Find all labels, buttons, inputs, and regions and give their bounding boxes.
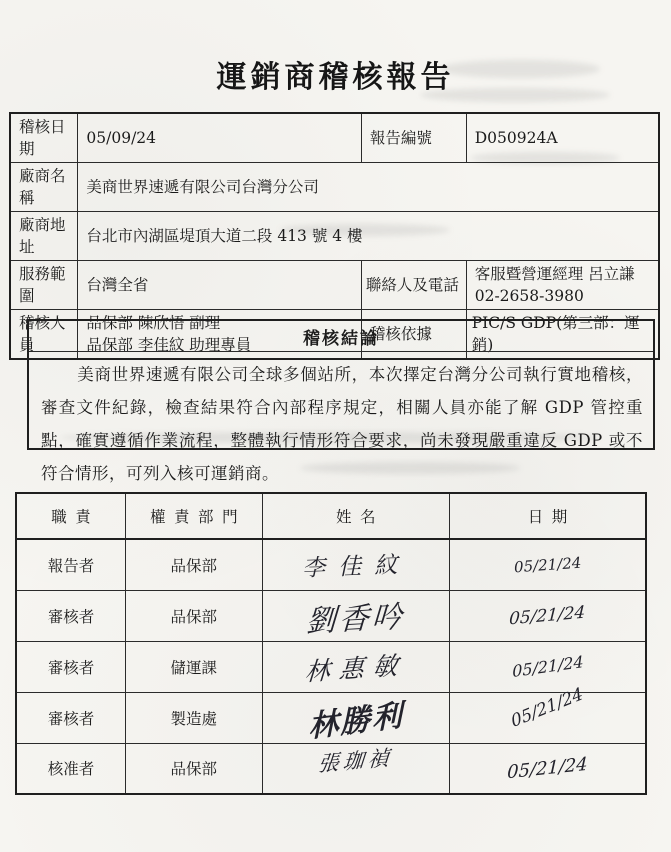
scanned-document-page: 運銷商稽核報告 稽核日期 05/09/24 報告編號 D050924A 廠商名稱… — [0, 0, 671, 852]
signature-header-row: 職責 權責部門 姓名 日期 — [16, 493, 646, 539]
table-row: 審核者 品保部 劉香吟 05/21/24 — [16, 590, 646, 641]
date-cell: 05/21/24 — [450, 590, 646, 641]
handwritten-signature: 張珈禎 — [317, 742, 394, 779]
date-cell: 05/21/24 — [450, 692, 646, 743]
vendor-address-value: 台北市內湖區堤頂大道二段 413 號 4 樓 — [78, 212, 659, 261]
vendor-name-value: 美商世界速遞有限公司台灣分公司 — [78, 163, 659, 212]
table-row: 審核者 儲運課 林惠敏 05/21/24 — [16, 641, 646, 692]
role-cell: 審核者 — [16, 641, 126, 692]
date-cell: 05/21/24 — [450, 641, 646, 692]
contact-label: 聯絡人及電話 — [361, 261, 466, 310]
signature-cell: 林勝利 — [262, 692, 450, 743]
vendor-address-label: 廠商地址 — [10, 212, 78, 261]
handwritten-signature: 林惠敏 — [304, 645, 408, 688]
audit-date-value: 05/09/24 — [78, 113, 362, 163]
department-cell: 品保部 — [126, 743, 262, 794]
audit-date-label: 稽核日期 — [10, 113, 78, 163]
table-row: 審核者 製造處 林勝利 05/21/24 — [16, 692, 646, 743]
department-cell: 儲運課 — [126, 641, 262, 692]
header-date: 日期 — [450, 493, 646, 539]
conclusion-title: 稽核結論 — [29, 321, 653, 352]
signature-cell: 張珈禎 — [262, 743, 450, 794]
table-row: 服務範圍 台灣全省 聯絡人及電話 客服暨營運經理 呂立謙 02-2658-398… — [10, 261, 659, 310]
conclusion-body: 美商世界速遞有限公司全球多個站所，本次擇定台灣分公司執行實地稽核，審查文件紀錄，… — [29, 352, 653, 490]
vendor-name-label: 廠商名稱 — [10, 163, 78, 212]
handwritten-date: 05/21/24 — [513, 553, 581, 576]
table-row: 稽核日期 05/09/24 報告編號 D050924A — [10, 113, 659, 163]
header-role: 職責 — [16, 493, 126, 539]
report-no-value: D050924A — [466, 113, 659, 163]
report-no-label: 報告編號 — [361, 113, 466, 163]
contact-value: 客服暨營運經理 呂立謙 02-2658-3980 — [466, 261, 659, 310]
signature-cell: 林惠敏 — [262, 641, 450, 692]
handwritten-date: 05/21/24 — [507, 753, 588, 783]
department-cell: 製造處 — [126, 692, 262, 743]
date-cell: 05/21/24 — [450, 539, 646, 590]
service-scope-label: 服務範圍 — [10, 261, 78, 310]
conclusion-box: 稽核結論 美商世界速遞有限公司全球多個站所，本次擇定台灣分公司執行實地稽核，審查… — [27, 319, 655, 450]
contact-phone: 02-2658-3980 — [475, 285, 650, 307]
table-row: 核准者 品保部 張珈禎 05/21/24 — [16, 743, 646, 794]
department-cell: 品保部 — [126, 539, 262, 590]
handwritten-date: 05/21/24 — [512, 652, 584, 681]
handwritten-date: 05/21/24 — [509, 602, 586, 629]
role-cell: 核准者 — [16, 743, 126, 794]
handwritten-signature: 林勝利 — [307, 690, 404, 746]
page-title: 運銷商稽核報告 — [0, 52, 671, 96]
department-cell: 品保部 — [126, 590, 262, 641]
table-row: 廠商名稱 美商世界速遞有限公司台灣分公司 — [10, 163, 659, 212]
contact-person: 客服暨營運經理 呂立謙 — [475, 263, 650, 285]
role-cell: 報告者 — [16, 539, 126, 590]
header-name: 姓名 — [262, 493, 450, 539]
header-department: 權責部門 — [126, 493, 262, 539]
signature-cell: 劉香吟 — [262, 590, 450, 641]
handwritten-signature: 李佳紋 — [301, 546, 410, 583]
handwritten-signature: 劉香吟 — [305, 591, 406, 640]
table-row: 報告者 品保部 李佳紋 05/21/24 — [16, 539, 646, 590]
date-cell: 05/21/24 — [450, 743, 646, 794]
role-cell: 審核者 — [16, 692, 126, 743]
table-row: 廠商地址 台北市內湖區堤頂大道二段 413 號 4 樓 — [10, 212, 659, 261]
signature-cell: 李佳紋 — [262, 539, 450, 590]
service-scope-value: 台灣全省 — [78, 261, 362, 310]
role-cell: 審核者 — [16, 590, 126, 641]
signature-table: 職責 權責部門 姓名 日期 報告者 品保部 李佳紋 05/21/24 審核者 品… — [15, 492, 647, 795]
